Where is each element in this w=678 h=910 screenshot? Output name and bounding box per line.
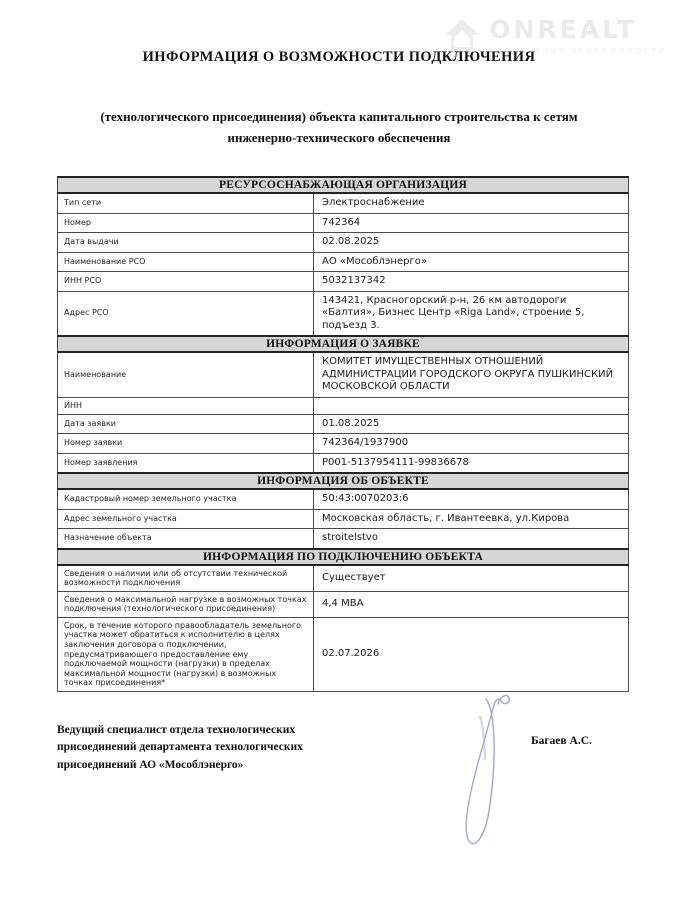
row-value: АО «Мособлэнерго» (314, 252, 629, 272)
row-label: Сведения о наличии или об отсутствии тех… (58, 565, 314, 592)
row-label: Назначение объекта (58, 529, 314, 549)
table-row: Адрес земельного участкаМосковская облас… (58, 509, 629, 529)
section-header: ИНФОРМАЦИЯ ПО ПОДКЛЮЧЕНИЮ ОБЪЕКТА (58, 549, 629, 565)
table-row: Дата выдачи02.08.2025 (58, 233, 629, 253)
section-header: ИНФОРМАЦИЯ ОБ ОБЪЕКТЕ (58, 473, 629, 489)
row-label: Наименование (58, 352, 314, 397)
page-subtitle: (технологического присоединения) объекта… (29, 107, 649, 149)
info-table-body: РЕСУРСОСНАБЖАЮЩАЯ ОРГАНИЗАЦИЯТип сетиЭле… (58, 177, 629, 692)
table-row: Тип сетиЭлектроснабжение (58, 193, 629, 213)
page-title: ИНФОРМАЦИЯ О ВОЗМОЖНОСТИ ПОДКЛЮЧЕНИЯ (0, 49, 678, 66)
table-row: Номер742364 (58, 213, 629, 233)
document-page: ONREALT ОБЪЯВЛЕНИЯ НЕДВИЖИМОСТИ ИНФОРМАЦ… (0, 0, 678, 910)
signatory-position-line1: Ведущий специалист отдела технологически… (57, 722, 377, 739)
table-row: Адрес РСО143421, Красногорский р-н, 26 к… (58, 291, 629, 336)
row-value: Московская область, г. Ивантеевка, ул.Ки… (314, 509, 629, 529)
row-label: Номер (58, 213, 314, 233)
table-row: ИНН (58, 397, 629, 414)
signatory-position-line3: присоединений АО «Мособлэнерго» (57, 757, 377, 774)
section-header: ИНФОРМАЦИЯ О ЗАЯВКЕ (58, 336, 629, 352)
table-row: Срок, в течение которого правообладатель… (58, 617, 629, 691)
row-value: 4,4 МВА (314, 591, 629, 617)
table-row: Сведения о максимальной нагрузке в возмо… (58, 591, 629, 617)
row-value: 02.08.2025 (314, 233, 629, 253)
handwritten-signature (436, 690, 518, 855)
row-value: Существует (314, 565, 629, 592)
row-value: P001-5137954111-99836678 (314, 453, 629, 473)
table-row: Номер заявки742364/1937900 (58, 434, 629, 454)
row-label: Адрес земельного участка (58, 509, 314, 529)
section-header-row: ИНФОРМАЦИЯ ПО ПОДКЛЮЧЕНИЮ ОБЪЕКТА (58, 549, 629, 565)
table-row: Наименование РСОАО «Мособлэнерго» (58, 252, 629, 272)
signatory-position-line2: присоединений департамента технологическ… (57, 739, 377, 756)
row-value: 02.07.2026 (314, 617, 629, 691)
section-header-row: ИНФОРМАЦИЯ О ЗАЯВКЕ (58, 336, 629, 352)
row-value: stroitelstvo (314, 529, 629, 549)
watermark-brand: ONREALT (489, 16, 666, 45)
section-header: РЕСУРСОСНАБЖАЮЩАЯ ОРГАНИЗАЦИЯ (58, 177, 629, 193)
row-label: Адрес РСО (58, 291, 314, 336)
table-row: НаименованиеКОМИТЕТ ИМУЩЕСТВЕННЫХ ОТНОШЕ… (58, 352, 629, 397)
row-label: Дата выдачи (58, 233, 314, 253)
row-label: Номер заявки (58, 434, 314, 454)
row-label: Тип сети (58, 193, 314, 213)
signatory-name: Багаев А.С. (531, 735, 592, 747)
row-label: Кадастровый номер земельного участка (58, 489, 314, 509)
row-label: Наименование РСО (58, 252, 314, 272)
row-label: Срок, в течение которого правообладатель… (58, 617, 314, 691)
page-subtitle-line2: инженерно-технического обеспечения (29, 128, 649, 149)
row-label: Сведения о максимальной нагрузке в возмо… (58, 591, 314, 617)
row-value: Электроснабжение (314, 193, 629, 213)
row-value: КОМИТЕТ ИМУЩЕСТВЕННЫХ ОТНОШЕНИЙ АДМИНИСТ… (314, 352, 629, 397)
page-subtitle-line1: (технологического присоединения) объекта… (29, 107, 649, 128)
row-value: 5032137342 (314, 272, 629, 292)
row-value: 01.08.2025 (314, 414, 629, 434)
row-label: Дата заявки (58, 414, 314, 434)
row-value: 50:43:0070203:6 (314, 489, 629, 509)
signatory-position: Ведущий специалист отдела технологически… (57, 722, 377, 774)
table-row: Дата заявки01.08.2025 (58, 414, 629, 434)
row-label: Номер заявления (58, 453, 314, 473)
row-label: ИНН (58, 397, 314, 414)
table-row: Кадастровый номер земельного участка50:4… (58, 489, 629, 509)
table-row: Номер заявленияP001-5137954111-99836678 (58, 453, 629, 473)
info-table: РЕСУРСОСНАБЖАЮЩАЯ ОРГАНИЗАЦИЯТип сетиЭле… (57, 176, 629, 692)
section-header-row: РЕСУРСОСНАБЖАЮЩАЯ ОРГАНИЗАЦИЯ (58, 177, 629, 193)
row-value: 143421, Красногорский р-н, 26 км автодор… (314, 291, 629, 336)
table-row: Назначение объектаstroitelstvo (58, 529, 629, 549)
row-label: ИНН РСО (58, 272, 314, 292)
section-header-row: ИНФОРМАЦИЯ ОБ ОБЪЕКТЕ (58, 473, 629, 489)
row-value (314, 397, 629, 414)
table-row: Сведения о наличии или об отсутствии тех… (58, 565, 629, 592)
table-row: ИНН РСО5032137342 (58, 272, 629, 292)
row-value: 742364/1937900 (314, 434, 629, 454)
row-value: 742364 (314, 213, 629, 233)
